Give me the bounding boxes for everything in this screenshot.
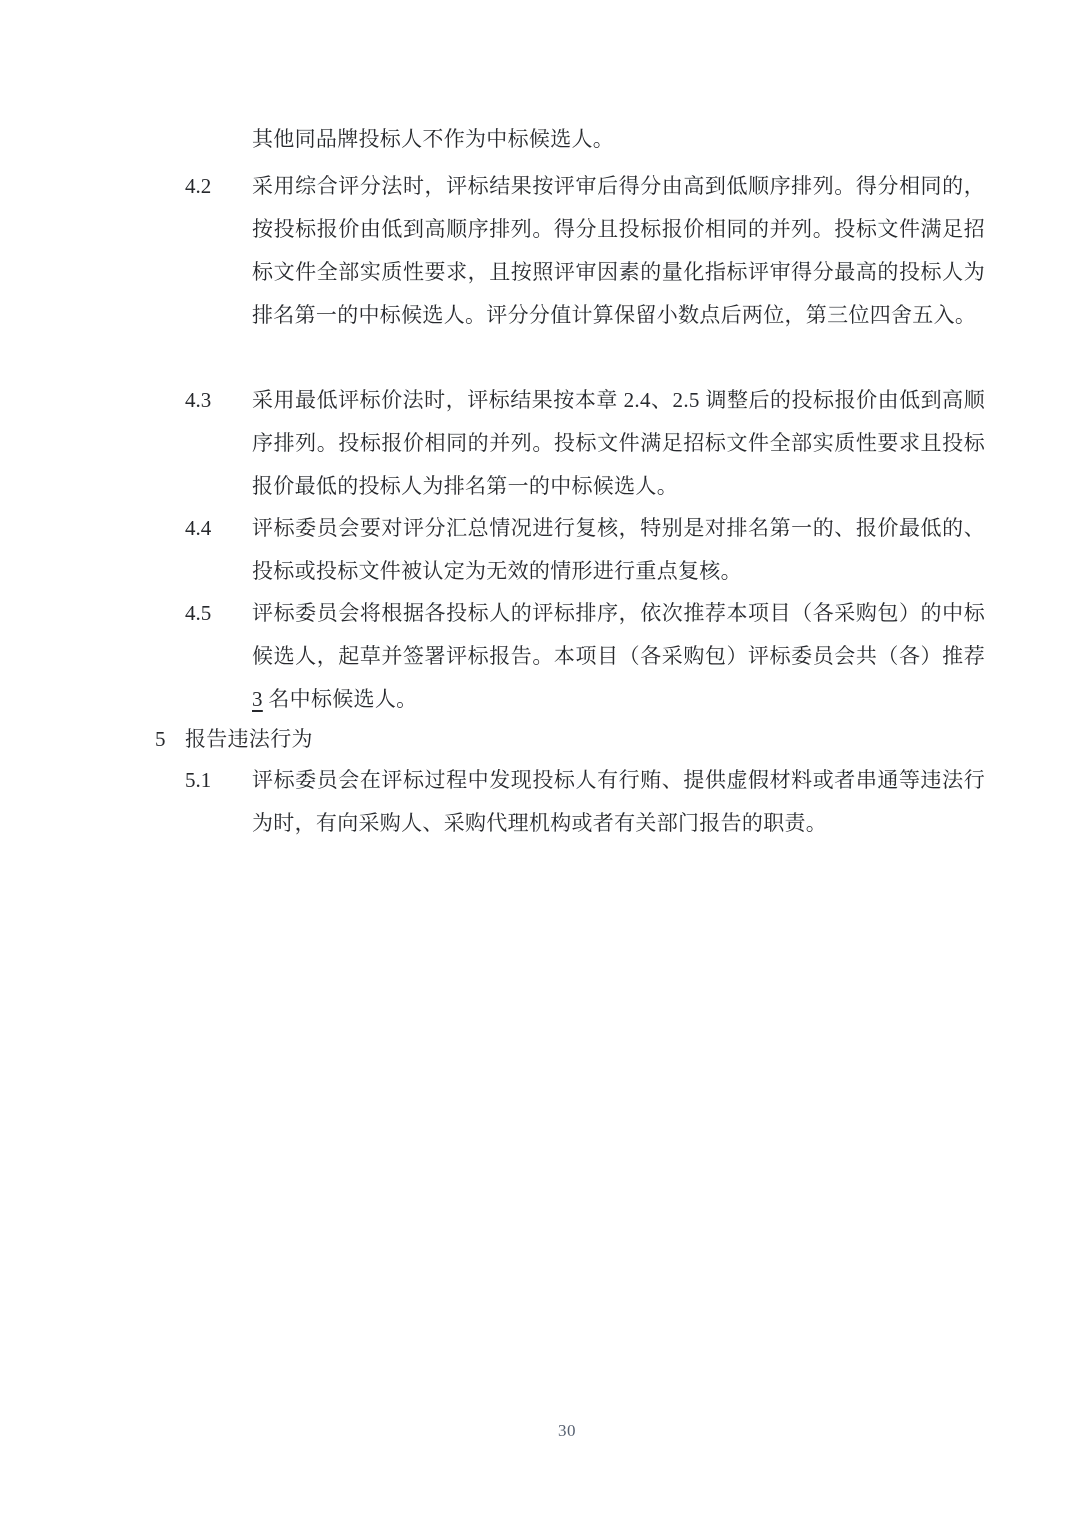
- section-title: 报告违法行为: [185, 727, 313, 751]
- clause-4-3: 4.3 采用最低评标价法时，评标结果按本章 2.4、2.5 调整后的投标报价由低…: [252, 379, 985, 508]
- clause-text: 评标委员会要对评分汇总情况进行复核，特别是对排名第一的、报价最低的、投标或投标文…: [252, 516, 985, 583]
- clause-text-after: 名中标候选人。: [263, 687, 418, 711]
- clause-5-1: 5.1 评标委员会在评标过程中发现投标人有行贿、提供虚假材料或者串通等违法行为时…: [252, 759, 985, 845]
- underlined-candidate-count: 3: [252, 687, 263, 711]
- page-number: 30: [558, 1420, 576, 1442]
- clause-text: 采用综合评分法时，评标结果按评审后得分由高到低顺序排列。得分相同的，按投标报价由…: [252, 174, 985, 327]
- clause-number: 4.2: [185, 165, 211, 208]
- clause-text: 采用最低评标价法时，评标结果按本章 2.4、2.5 调整后的投标报价由低到高顺序…: [252, 388, 985, 498]
- clause-number: 4.3: [185, 379, 211, 422]
- section-number: 5: [155, 718, 166, 761]
- clause-4-2: 4.2 采用综合评分法时，评标结果按评审后得分由高到低顺序排列。得分相同的，按投…: [252, 165, 985, 337]
- clause-number: 4.4: [185, 507, 211, 550]
- clause-4-5: 4.5 评标委员会将根据各投标人的评标排序，依次推荐本项目（各采购包）的中标候选…: [252, 592, 985, 721]
- clause-number: 4.5: [185, 592, 211, 635]
- document-page: 其他同品牌投标人不作为中标候选人。 4.2 采用综合评分法时，评标结果按评审后得…: [0, 0, 1080, 1527]
- clause-text-before: 评标委员会将根据各投标人的评标排序，依次推荐本项目（各采购包）的中标候选人，起草…: [252, 601, 985, 668]
- clause-4-1-continuation: 其他同品牌投标人不作为中标候选人。: [252, 118, 985, 161]
- section-5-heading: 5 报告违法行为: [185, 718, 313, 761]
- clause-number: 5.1: [185, 759, 211, 802]
- clause-4-4: 4.4 评标委员会要对评分汇总情况进行复核，特别是对排名第一的、报价最低的、投标…: [252, 507, 985, 593]
- clause-text: 评标委员会在评标过程中发现投标人有行贿、提供虚假材料或者串通等违法行为时，有向采…: [252, 768, 985, 835]
- clause-text: 其他同品牌投标人不作为中标候选人。: [252, 127, 614, 151]
